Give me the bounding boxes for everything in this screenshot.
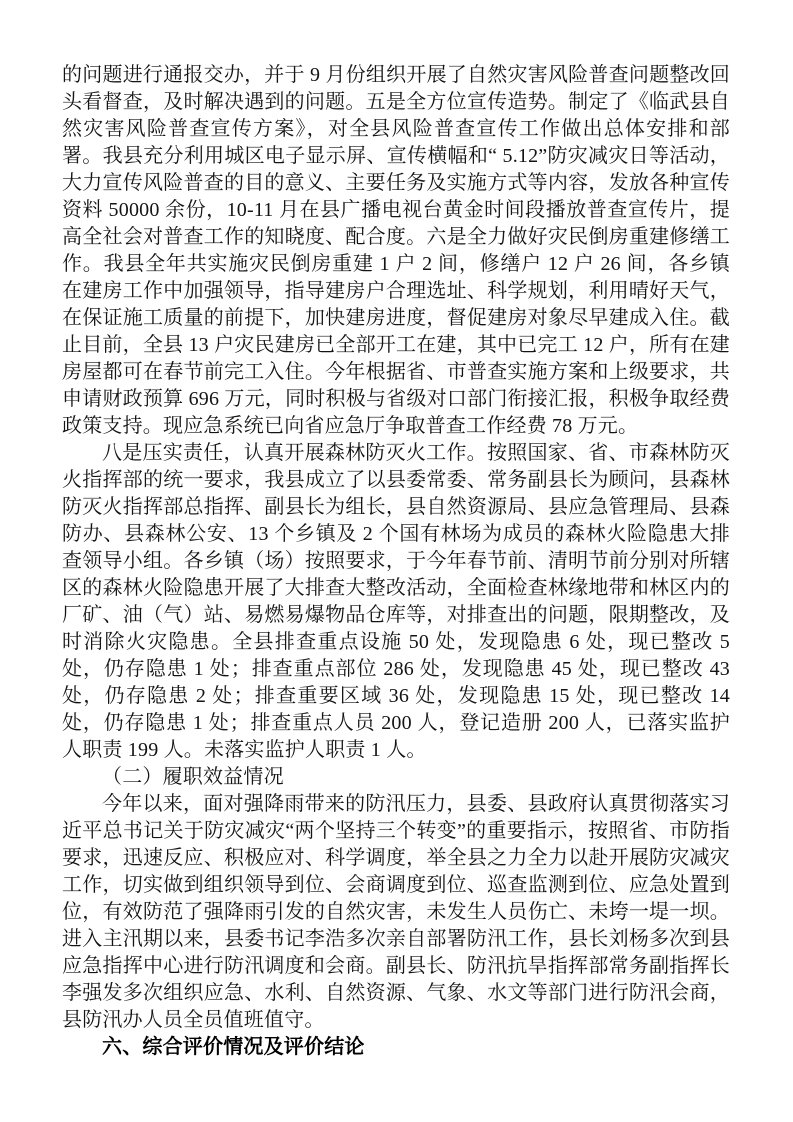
paragraph-flood-control-response: 今年以来，面对强降雨带来的防汛压力，县委、县政府认真贯彻落实习近平总书记关于防灾…: [62, 791, 730, 1034]
subsection-heading-performance-benefits: （二）履职效益情况: [62, 764, 730, 791]
document-page: 的问题进行通报交办，并于 9 月份组织开展了自然灾害风险普查问题整改回头看督查，…: [0, 0, 793, 1122]
paragraph-forest-fire-prevention: 八是压实责任，认真开展森林防灭火工作。按照国家、省、市森林防灭火指挥部的统一要求…: [62, 440, 730, 764]
document-content: 的问题进行通报交办，并于 9 月份组织开展了自然灾害风险普查问题整改回头看督查，…: [62, 62, 730, 1061]
paragraph-disaster-survey-publicity: 的问题进行通报交办，并于 9 月份组织开展了自然灾害风险普查问题整改回头看督查，…: [62, 62, 730, 440]
section-heading-comprehensive-evaluation: 六、综合评价情况及评价结论: [62, 1034, 730, 1061]
